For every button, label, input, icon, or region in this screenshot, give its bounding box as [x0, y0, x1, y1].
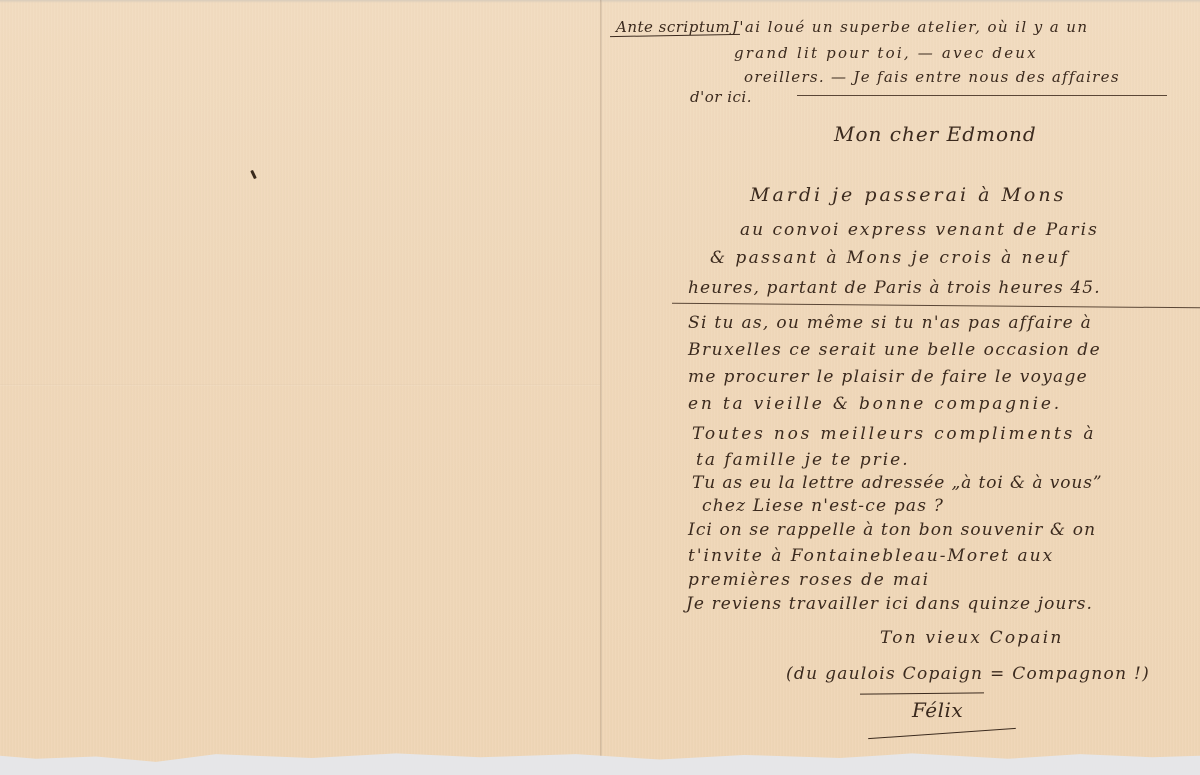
body-line-7: me procurer le plaisir de faire le voyag… [688, 367, 1088, 387]
body-line-15: premières roses de mai [688, 570, 930, 590]
body-line-1: Mardi je passerai à Mons [750, 184, 1066, 206]
postscript-line-1: J'ai loué un superbe atelier, où il y a … [732, 18, 1088, 36]
signature: Félix [912, 698, 963, 722]
body-line-5: Si tu as, ou même si tu n'as pas affaire… [688, 313, 1092, 333]
body-line-2: au convoi express venant de Paris [740, 220, 1099, 240]
salutation: Mon cher Edmond [834, 122, 1037, 146]
postscript-line-2: grand lit pour toi, — avec deux [734, 44, 1038, 62]
body-line-14: t'invite à Fontainebleau-Moret aux [688, 546, 1054, 566]
body-line-16: Je reviens travailler ici dans quinze jo… [686, 594, 1093, 614]
body-line-13: Ici on se rappelle à ton bon souvenir & … [688, 520, 1096, 540]
postscript-separator [797, 95, 1167, 96]
closing-line-2: (du gaulois Copaign = Compagnon !) [786, 664, 1150, 684]
closing-line-1: Ton vieux Copain [880, 628, 1064, 648]
body-line-6: Bruxelles ce serait une belle occasion d… [688, 340, 1101, 360]
postscript-label: Ante scriptum [616, 18, 730, 36]
body-line-8: en ta vieille & bonne compagnie. [688, 394, 1062, 414]
right-page: Ante scriptum J'ai loué un superbe ateli… [602, 0, 1200, 768]
signature-flourish [868, 728, 1016, 739]
body-line-11: Tu as eu la lettre adressée „à toi & à v… [692, 473, 1102, 493]
body-line-10: ta famille je te prie. [696, 450, 910, 470]
ink-speck [250, 170, 257, 179]
body-line-4: heures, partant de Paris à trois heures … [688, 278, 1101, 298]
body-line-3: & passant à Mons je crois à neuf [710, 248, 1069, 268]
body-separator [672, 303, 1200, 309]
body-line-9: Toutes nos meilleurs compliments à [692, 424, 1096, 444]
body-line-12: chez Liese n'est-ce pas ? [702, 496, 944, 516]
postscript-line-4: d'or ici. [690, 88, 752, 106]
signature-overline [860, 692, 984, 694]
horizontal-fold [0, 384, 600, 386]
letter-paper: Ante scriptum J'ai loué un superbe ateli… [0, 0, 1200, 768]
postscript-line-3: oreillers. — Je fais entre nous des affa… [744, 68, 1120, 86]
